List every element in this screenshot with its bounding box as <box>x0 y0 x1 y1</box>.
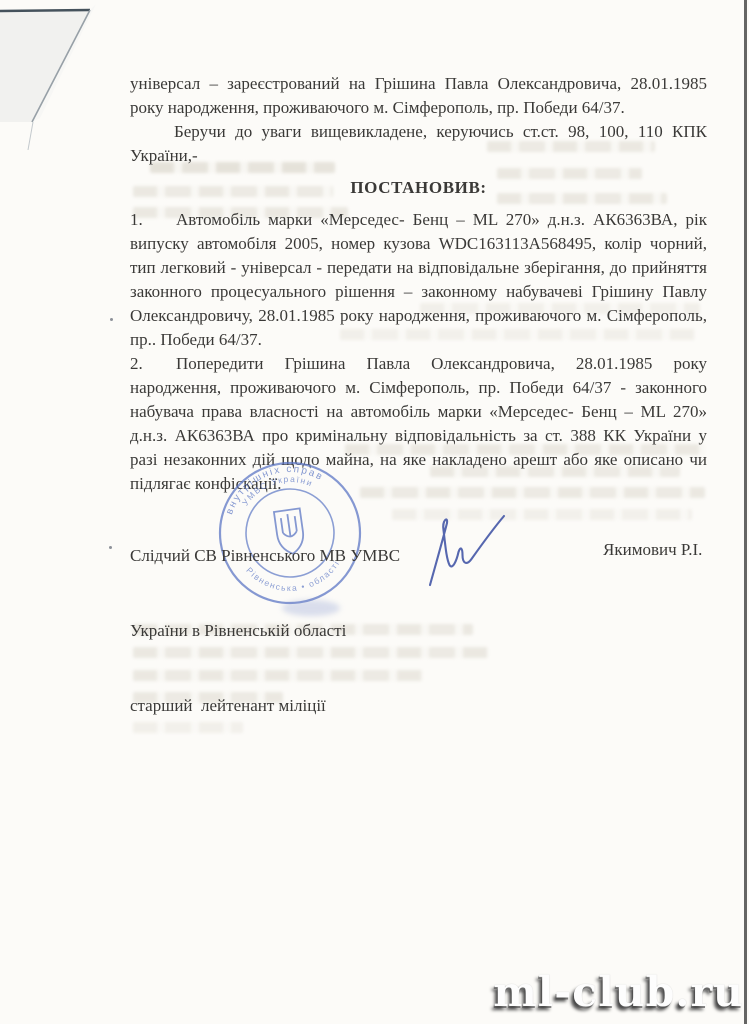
dust-speck <box>110 318 113 321</box>
signature-title-line: старший лейтенант міліції <box>130 693 430 718</box>
item-number: 2. <box>130 352 176 376</box>
signature-title-line: України в Рівненській області <box>130 618 430 643</box>
watermark-text: ml-club.ru <box>493 968 744 1016</box>
signature-title-block: Слідчий СВ Рівненського МВ УМВС України … <box>130 493 430 768</box>
handwritten-signature <box>402 497 514 593</box>
dust-speck <box>109 546 112 549</box>
considering-paragraph: Беручи до уваги вищевикладене, керуючись… <box>130 120 707 168</box>
item-number: 1. <box>130 208 176 232</box>
signature-title-line: Слідчий СВ Рівненського МВ УМВС <box>130 543 430 568</box>
scan-right-edge <box>744 0 747 1024</box>
document-body: універсал – зареєстрований на Грішина Па… <box>130 72 707 496</box>
item-text: Автомобіль марки «Мерседес- Бенц – ML 27… <box>130 210 707 349</box>
resolution-heading: ПОСТАНОВИВ: <box>130 176 707 200</box>
resolution-item-1: 1.Автомобіль марки «Мерседес- Бенц – ML … <box>130 208 707 352</box>
intro-paragraph: універсал – зареєстрований на Грішина Па… <box>130 72 707 120</box>
signer-name: Якимович Р.І. <box>603 540 702 560</box>
page-fold-corner <box>0 0 140 150</box>
scanned-document-page: універсал – зареєстрований на Грішина Па… <box>0 0 749 1024</box>
